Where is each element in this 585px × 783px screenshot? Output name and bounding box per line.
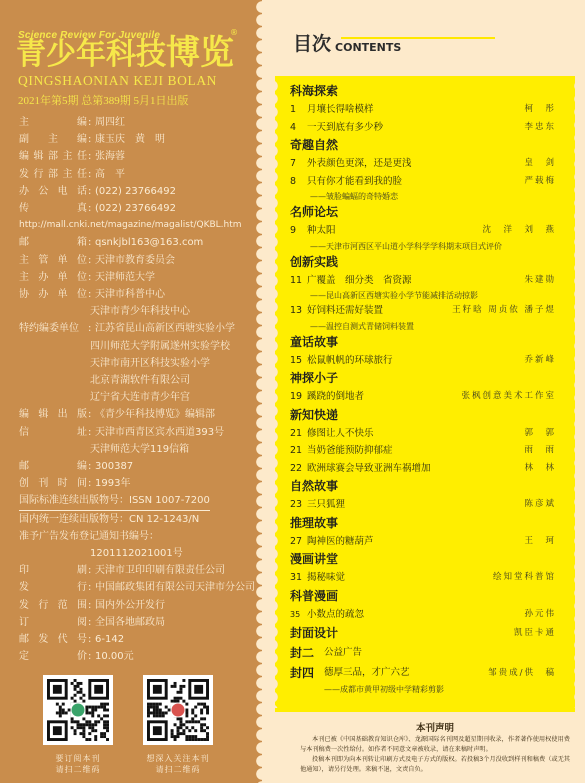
special-label: 封二 <box>290 643 324 663</box>
special-unit: 四川师范大学附属遂州实验学校 <box>19 338 259 355</box>
page-number: 11 <box>290 272 307 290</box>
co-organizer-extra: 天津市青少年科技中心 <box>19 303 259 320</box>
article-title[interactable]: 广覆盖 细分类 省资源 <box>307 272 524 290</box>
info-row: 主编:周四红 <box>19 114 259 131</box>
article-title[interactable]: 揭秘味觉 <box>307 569 493 587</box>
page-number: 15 <box>290 352 307 370</box>
info-label: 定价 <box>19 648 88 665</box>
notice-paragraph: 本刊已被《中国基础教育知识仓库》、龙源国际名刊网及超星期刊收录，作者著作使用权使… <box>300 735 570 755</box>
page-number: 13 <box>290 302 307 320</box>
info-label: 邮编 <box>19 458 88 475</box>
article-subtitle: ——天津市河西区平山道小学科学学科期末项目式评价 <box>290 240 556 253</box>
section-heading: 科海探索 <box>290 82 556 101</box>
special-entry[interactable]: 封四德厚三品，才广六艺邹贵成/供 稿 <box>290 663 556 683</box>
info-label: 编辑部主任 <box>19 148 88 165</box>
info-label: 印刷 <box>19 562 88 579</box>
article-title[interactable]: 当奶爸能预防抑郁症 <box>307 442 524 460</box>
notice-paragraph: 投稿本刊即为向本刊转让印刷方式及电子方式的版权。若投稿3个月没收到样刊和稿费（或… <box>300 755 570 775</box>
toc-entry[interactable]: 1月壤长得啥模样柯 彤 <box>290 101 556 119</box>
article-title[interactable]: 三只狐狸 <box>307 496 524 514</box>
info-label: 创刊时间 <box>19 475 88 492</box>
toc-entry[interactable]: 21当奶爸能预防抑郁症雨 雨 <box>290 442 556 460</box>
qr-follow[interactable]: 想深入关注本刊 请扫二维码 <box>143 675 213 775</box>
special-title[interactable]: 德厚三品，才广六艺 <box>324 663 488 683</box>
info-value: (022) 23766492 <box>95 200 259 217</box>
cn-row: 国内统一连续出版物号：CN 12-1243/N <box>19 511 259 528</box>
toc-entry[interactable]: 11广覆盖 细分类 省资源朱建勋 <box>290 272 556 290</box>
info-row: 印刷:天津市卫印印刷有限责任公司 <box>19 562 259 579</box>
info-label: 发行部主任 <box>19 166 88 183</box>
article-subtitle: ——成都市黄甲初级中学精彩剪影 <box>290 683 556 696</box>
cn-number: 国内统一连续出版物号：CN 12-1243/N <box>19 511 199 528</box>
info-row: 信址:天津市西青区宾水西道393号 <box>19 424 259 441</box>
info-row: 协办单位:天津市科普中心 <box>19 286 259 303</box>
special-unit: 北京青湖软件有限公司 <box>19 372 259 389</box>
section-heading: 科普漫画 <box>290 587 556 606</box>
ad-license-label: 准予广告发布登记通知书编号： <box>19 528 259 545</box>
issue-line: 2021年第5期 总第389期 5月1日出版 <box>18 92 189 108</box>
info-value: 《青少年科技博览》编辑部 <box>95 406 259 423</box>
info-row: 编辑部主任:张海蓉 <box>19 148 259 165</box>
author: 皇 剑 <box>524 155 556 173</box>
info-value: 天津市科普中心 <box>95 286 259 303</box>
author: 陈彦斌 <box>524 496 556 514</box>
article-title[interactable]: 小数点的疏忽 <box>307 606 524 624</box>
notice: 本刊声明 本刊已被《中国基础教育知识仓库》、龙源国际名刊网及超星期刊收录，作者著… <box>300 722 570 775</box>
section-heading: 新知快递 <box>290 406 556 425</box>
info-value: 天津师范大学 <box>95 269 259 286</box>
author: 朱建勋 <box>524 272 556 290</box>
table-of-contents: 科海探索1月壤长得啥模样柯 彤4一天到底有多少秒李忠东奇趣自然7外表颜色更深，还… <box>290 82 556 696</box>
info-label: 发行范围 <box>19 597 88 614</box>
issn-row: 国际标准连续出版物号：ISSN 1007-7200 <box>19 492 259 510</box>
special-unit: 江苏省昆山高新区西塘实验小学 <box>95 320 259 337</box>
info-label: 订阅 <box>19 614 88 631</box>
info-label: 主编 <box>19 114 88 131</box>
info-value: 高 平 <box>95 166 259 183</box>
article-subtitle: ——皱脸蝙蝠的奇特婚恋 <box>290 190 556 203</box>
info-label: 信址 <box>19 424 88 441</box>
info-row: 主办单位:天津师范大学 <box>19 269 259 286</box>
toc-entry[interactable]: 22欧洲球赛会导致亚洲车祸增加林 林 <box>290 460 556 478</box>
section-heading: 自然故事 <box>290 477 556 496</box>
page-number: 1 <box>290 101 307 119</box>
info-label: 主办单位 <box>19 269 88 286</box>
info-row: 发行范围:国内外公开发行 <box>19 597 259 614</box>
brand-title-main: 青少年科技 <box>16 37 166 72</box>
info-value: 张海蓉 <box>95 148 259 165</box>
info-value: 300387 <box>95 458 259 475</box>
scalloped-edge <box>570 80 585 708</box>
info-row: 邮发代号:6-142 <box>19 631 259 648</box>
info-row: 传真:(022) 23766492 <box>19 200 259 217</box>
page-number: 31 <box>290 569 307 587</box>
toc-title-en: CONTENTS <box>335 41 401 55</box>
brand-pinyin: QINGSHAONIAN KEJI BOLAN <box>18 73 217 89</box>
notice-title: 本刊声明 <box>300 722 570 735</box>
info-value: (022) 23766492 <box>95 183 259 200</box>
author: 张枫创意美术工作室 <box>461 388 556 406</box>
author: 邹贵成/供 稿 <box>488 663 556 683</box>
info-row: 副主编:康玉庆 黄 明 <box>19 131 259 148</box>
page-number: 21 <box>290 442 307 460</box>
qr-subscribe[interactable]: 要订阅本刊 请扫二维码 <box>43 675 113 775</box>
special-units-row: 特约编委单位 : 江苏省昆山高新区西塘实验小学 <box>19 320 259 337</box>
section-heading: 奇趣自然 <box>290 136 556 155</box>
qr-code-icon[interactable] <box>143 675 213 745</box>
author: 李忠东 <box>524 119 556 137</box>
registered-mark: ® <box>230 28 238 37</box>
author: 沈 洋 刘 燕 <box>482 222 556 240</box>
toc-entry[interactable]: 27陶神医的糖葫芦王 珂 <box>290 533 556 551</box>
article-title[interactable]: 只有你才能看到我的脸 <box>307 173 524 191</box>
info-label: 传真 <box>19 200 88 217</box>
info-label: 协办单位 <box>19 286 88 303</box>
info-row: 主管单位:天津市教育委员会 <box>19 252 259 269</box>
brand-title: 青少年科技博览 <box>16 37 234 71</box>
qr-caption: 要订阅本刊 请扫二维码 <box>43 753 113 775</box>
section-heading: 神探小子 <box>290 369 556 388</box>
author: 王籽晗 周贞依 潘子煜 <box>452 302 556 320</box>
info-row: 发行:中国邮政集团有限公司天津市分公司 <box>19 579 259 596</box>
section-heading: 童话故事 <box>290 333 556 352</box>
author: 柯 彤 <box>524 101 556 119</box>
special-label: 封四 <box>290 663 324 683</box>
info-label: 邮箱 <box>19 234 88 251</box>
special-title[interactable]: 公益广告 <box>324 643 556 663</box>
page-number: 19 <box>290 388 307 406</box>
author: 凯臣卡通 <box>514 623 556 643</box>
info-label: 主管单位 <box>19 252 88 269</box>
special-entry[interactable]: 封面设计凯臣卡通 <box>290 623 556 643</box>
info-label: 副主编 <box>19 131 88 148</box>
page-number: 4 <box>290 119 307 137</box>
article-title[interactable]: 月壤长得啥模样 <box>307 101 524 119</box>
toc-entry[interactable]: 7外表颜色更深，还是更浅皇 剑 <box>290 155 556 173</box>
title-underline <box>341 37 495 39</box>
section-heading: 名师论坛 <box>290 203 556 222</box>
author: 孙元伟 <box>524 606 556 624</box>
website-url[interactable]: http://mall.cnki.net/magazine/magalist/Q… <box>19 217 259 234</box>
author: 乔新峰 <box>524 352 556 370</box>
article-title[interactable]: 修图让人不快乐 <box>307 425 524 443</box>
info-value: 天津市卫印印刷有限责任公司 <box>95 562 259 579</box>
page-number: 7 <box>290 155 307 173</box>
toc-entry[interactable]: 21修图让人不快乐郭 郭 <box>290 425 556 443</box>
info-label: 发行 <box>19 579 88 596</box>
toc-entry[interactable]: 13好饲料还需好装置王籽晗 周贞依 潘子煜 <box>290 302 556 320</box>
author: 严载梅 <box>524 173 556 191</box>
info-row: 邮箱:qsnkjbl163@163.com <box>19 234 259 251</box>
page-number: 22 <box>290 460 307 478</box>
article-subtitle: ——昆山高新区西塘实验小学节能减排活动掠影 <box>290 289 556 302</box>
toc-title-cn: 目次 <box>293 33 331 55</box>
info-value: qsnkjbl163@163.com <box>95 234 259 251</box>
author: 郭 郭 <box>524 425 556 443</box>
info-value: 天津市西青区宾水西道393号 <box>95 424 259 441</box>
info-row: 创刊时间:1993年 <box>19 475 259 492</box>
article-title[interactable]: 一天到底有多少秒 <box>307 119 524 137</box>
info-label: 办公电话 <box>19 183 88 200</box>
author: 绘知堂科普馆 <box>493 569 556 587</box>
toc-entry[interactable]: 19蹊跷的倒地者张枫创意美术工作室 <box>290 388 556 406</box>
toc-entry[interactable]: 23三只狐狸陈彦斌 <box>290 496 556 514</box>
toc-entry[interactable]: 8只有你才能看到我的脸严载梅 <box>290 173 556 191</box>
info-row: 编辑出版:《青少年科技博览》编辑部 <box>19 406 259 423</box>
qr-caption: 想深入关注本刊 请扫二维码 <box>143 753 213 775</box>
info-value: 全国各地邮政局 <box>95 614 259 631</box>
info-label: 编辑出版 <box>19 406 88 423</box>
section-heading: 创新实践 <box>290 253 556 272</box>
article-subtitle: ——温控自测式青储饲料装置 <box>290 320 556 333</box>
info-value: 康玉庆 黄 明 <box>95 131 259 148</box>
qr-code-icon[interactable] <box>43 675 113 745</box>
toc-entry[interactable]: 4一天到底有多少秒李忠东 <box>290 119 556 137</box>
article-title[interactable]: 陶神医的糖葫芦 <box>307 533 524 551</box>
brand-title-big: 博览 <box>166 33 234 73</box>
page-number: 27 <box>290 533 307 551</box>
page-number: 9 <box>290 222 307 240</box>
article-title[interactable]: 蹊跷的倒地者 <box>307 388 461 406</box>
info-row: 办公电话:(022) 23766492 <box>19 183 259 200</box>
author: 林 林 <box>524 460 556 478</box>
special-units-label: 特约编委单位 <box>19 320 88 337</box>
scalloped-edge <box>270 80 280 708</box>
page-number: 8 <box>290 173 307 191</box>
info-value: 中国邮政集团有限公司天津市分公司 <box>95 579 259 596</box>
special-unit: 辽宁省大连市青少年宫 <box>19 389 259 406</box>
article-title[interactable]: 好饲料还需好装置 <box>307 302 452 320</box>
info-value: 10.00元 <box>95 648 259 665</box>
toc-entry[interactable]: 9种太阳沈 洋 刘 燕 <box>290 222 556 240</box>
special-unit: 天津市南开区科技实验小学 <box>19 355 259 372</box>
issn: 国际标准连续出版物号：ISSN 1007-7200 <box>19 492 210 510</box>
toc-entry[interactable]: 35小数点的疏忽孙元伟 <box>290 606 556 624</box>
special-label: 封面设计 <box>290 623 338 643</box>
article-title[interactable]: 外表颜色更深，还是更浅 <box>307 155 524 173</box>
masthead-panel: Science Review For Juvenile 青少年科技博览 ® QI… <box>0 0 262 783</box>
info-row: 邮编:300387 <box>19 458 259 475</box>
info-label: 邮发代号 <box>19 631 88 648</box>
scalloped-edge <box>255 0 269 783</box>
article-title[interactable]: 松鼠帆帆的环球旅行 <box>307 352 524 370</box>
info-value: 周四红 <box>95 114 259 131</box>
page-number: 35 <box>290 606 307 624</box>
info-value: 国内外公开发行 <box>95 597 259 614</box>
ad-license-value: 1201112021001号 <box>19 545 259 562</box>
info-value: 天津市教育委员会 <box>95 252 259 269</box>
special-entry[interactable]: 封二公益广告 <box>290 643 556 663</box>
info-value: 1993年 <box>95 475 259 492</box>
section-heading: 漫画讲堂 <box>290 550 556 569</box>
info-row: 定价:10.00元 <box>19 648 259 665</box>
author: 雨 雨 <box>524 442 556 460</box>
toc-entry[interactable]: 31揭秘味觉绘知堂科普馆 <box>290 569 556 587</box>
info-row: 订阅:全国各地邮政局 <box>19 614 259 631</box>
section-heading: 推理故事 <box>290 514 556 533</box>
address-extra: 天津师范大学119信箱 <box>19 441 259 458</box>
toc-entry[interactable]: 15松鼠帆帆的环球旅行乔新峰 <box>290 352 556 370</box>
info-row: 发行部主任:高 平 <box>19 166 259 183</box>
article-title[interactable]: 欧洲球赛会导致亚洲车祸增加 <box>307 460 524 478</box>
author: 王 珂 <box>524 533 556 551</box>
page-number: 21 <box>290 425 307 443</box>
article-title[interactable]: 种太阳 <box>307 222 482 240</box>
info-value: 6-142 <box>95 631 259 648</box>
page-number: 23 <box>290 496 307 514</box>
masthead-info: 主编:周四红副主编:康玉庆 黄 明编辑部主任:张海蓉发行部主任:高 平办公电话:… <box>19 114 259 666</box>
